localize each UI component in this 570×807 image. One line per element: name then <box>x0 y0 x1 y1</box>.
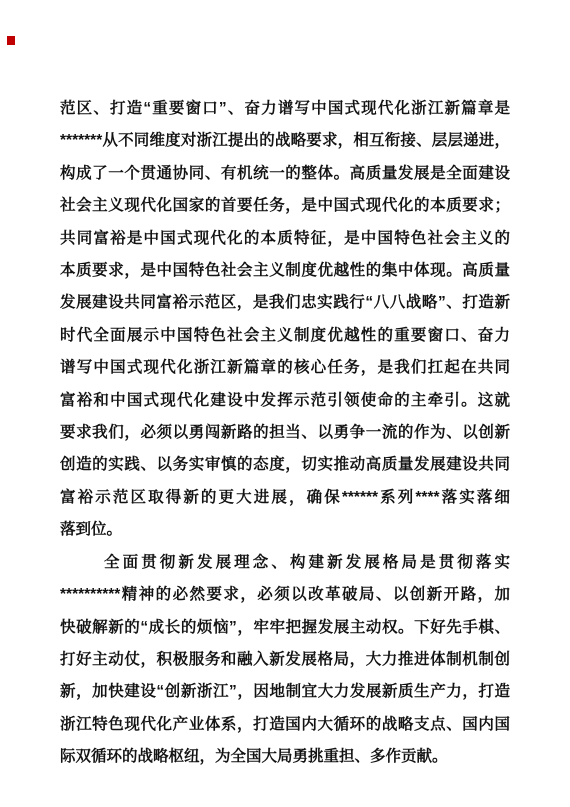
red-marker <box>7 36 15 45</box>
text-line: 发展建设共同富裕示范区，是我们忠实践行“八八战略”、打造新 <box>60 287 510 319</box>
text-line: 全面贯彻新发展理念、构建新发展格局是贯彻落实 <box>60 547 510 579</box>
text-line: 范区、打造“重要窗口”、奋力谱写中国式现代化浙江新篇章是 <box>60 93 510 125</box>
text-line: 共同富裕是中国式现代化的本质特征，是中国特色社会主义的 <box>60 223 510 255</box>
text-line: 谱写中国式现代化浙江新篇章的核心任务，是我们扛起在共同 <box>60 352 510 384</box>
text-line: 社会主义现代化国家的首要任务，是中国式现代化的本质要求； <box>60 190 510 222</box>
text-line: *******从不同维度对浙江提出的战略要求，相互衔接、层层递进， <box>60 125 510 157</box>
text-line: 要求我们，必须以勇闯新路的担当、以勇争一流的作为、以创新 <box>60 417 510 449</box>
text-paragraph: 范区、打造“重要窗口”、奋力谱写中国式现代化浙江新篇章是*******从不同维度… <box>60 93 510 547</box>
text-line: 落到位。 <box>60 514 510 546</box>
text-paragraph: 全面贯彻新发展理念、构建新发展格局是贯彻落实**********精神的必然要求，… <box>60 547 510 774</box>
document-text: 范区、打造“重要窗口”、奋力谱写中国式现代化浙江新篇章是*******从不同维度… <box>60 93 510 774</box>
document-page: 范区、打造“重要窗口”、奋力谱写中国式现代化浙江新篇章是*******从不同维度… <box>0 0 570 807</box>
text-line: 时代全面展示中国特色社会主义制度优越性的重要窗口、奋力 <box>60 320 510 352</box>
text-line: 浙江特色现代化产业体系，打造国内大循环的战略支点、国内国 <box>60 709 510 741</box>
text-line: 际双循环的战略枢纽，为全国大局勇挑重担、多作贡献。 <box>60 741 510 773</box>
text-line: 打好主动仗，积极服务和融入新发展格局，大力推进体制机制创 <box>60 644 510 676</box>
text-line: 快破解新的“成长的烦恼”，牢牢把握发展主动权。下好先手棋、 <box>60 612 510 644</box>
text-line: **********精神的必然要求，必须以改革破局、以创新开路，加 <box>60 579 510 611</box>
text-line: 富裕示范区取得新的更大进展，确保******系列****落实落细 <box>60 482 510 514</box>
text-line: 新，加快建设“创新浙江”，因地制宜大力发展新质生产力，打造 <box>60 676 510 708</box>
text-line: 本质要求，是中国特色社会主义制度优越性的集中体现。高质量 <box>60 255 510 287</box>
text-line: 构成了一个贯通协同、有机统一的整体。高质量发展是全面建设 <box>60 158 510 190</box>
text-line: 创造的实践、以务实审慎的态度，切实推动高质量发展建设共同 <box>60 449 510 481</box>
text-line: 富裕和中国式现代化建设中发挥示范引领使命的主牵引。这就 <box>60 385 510 417</box>
